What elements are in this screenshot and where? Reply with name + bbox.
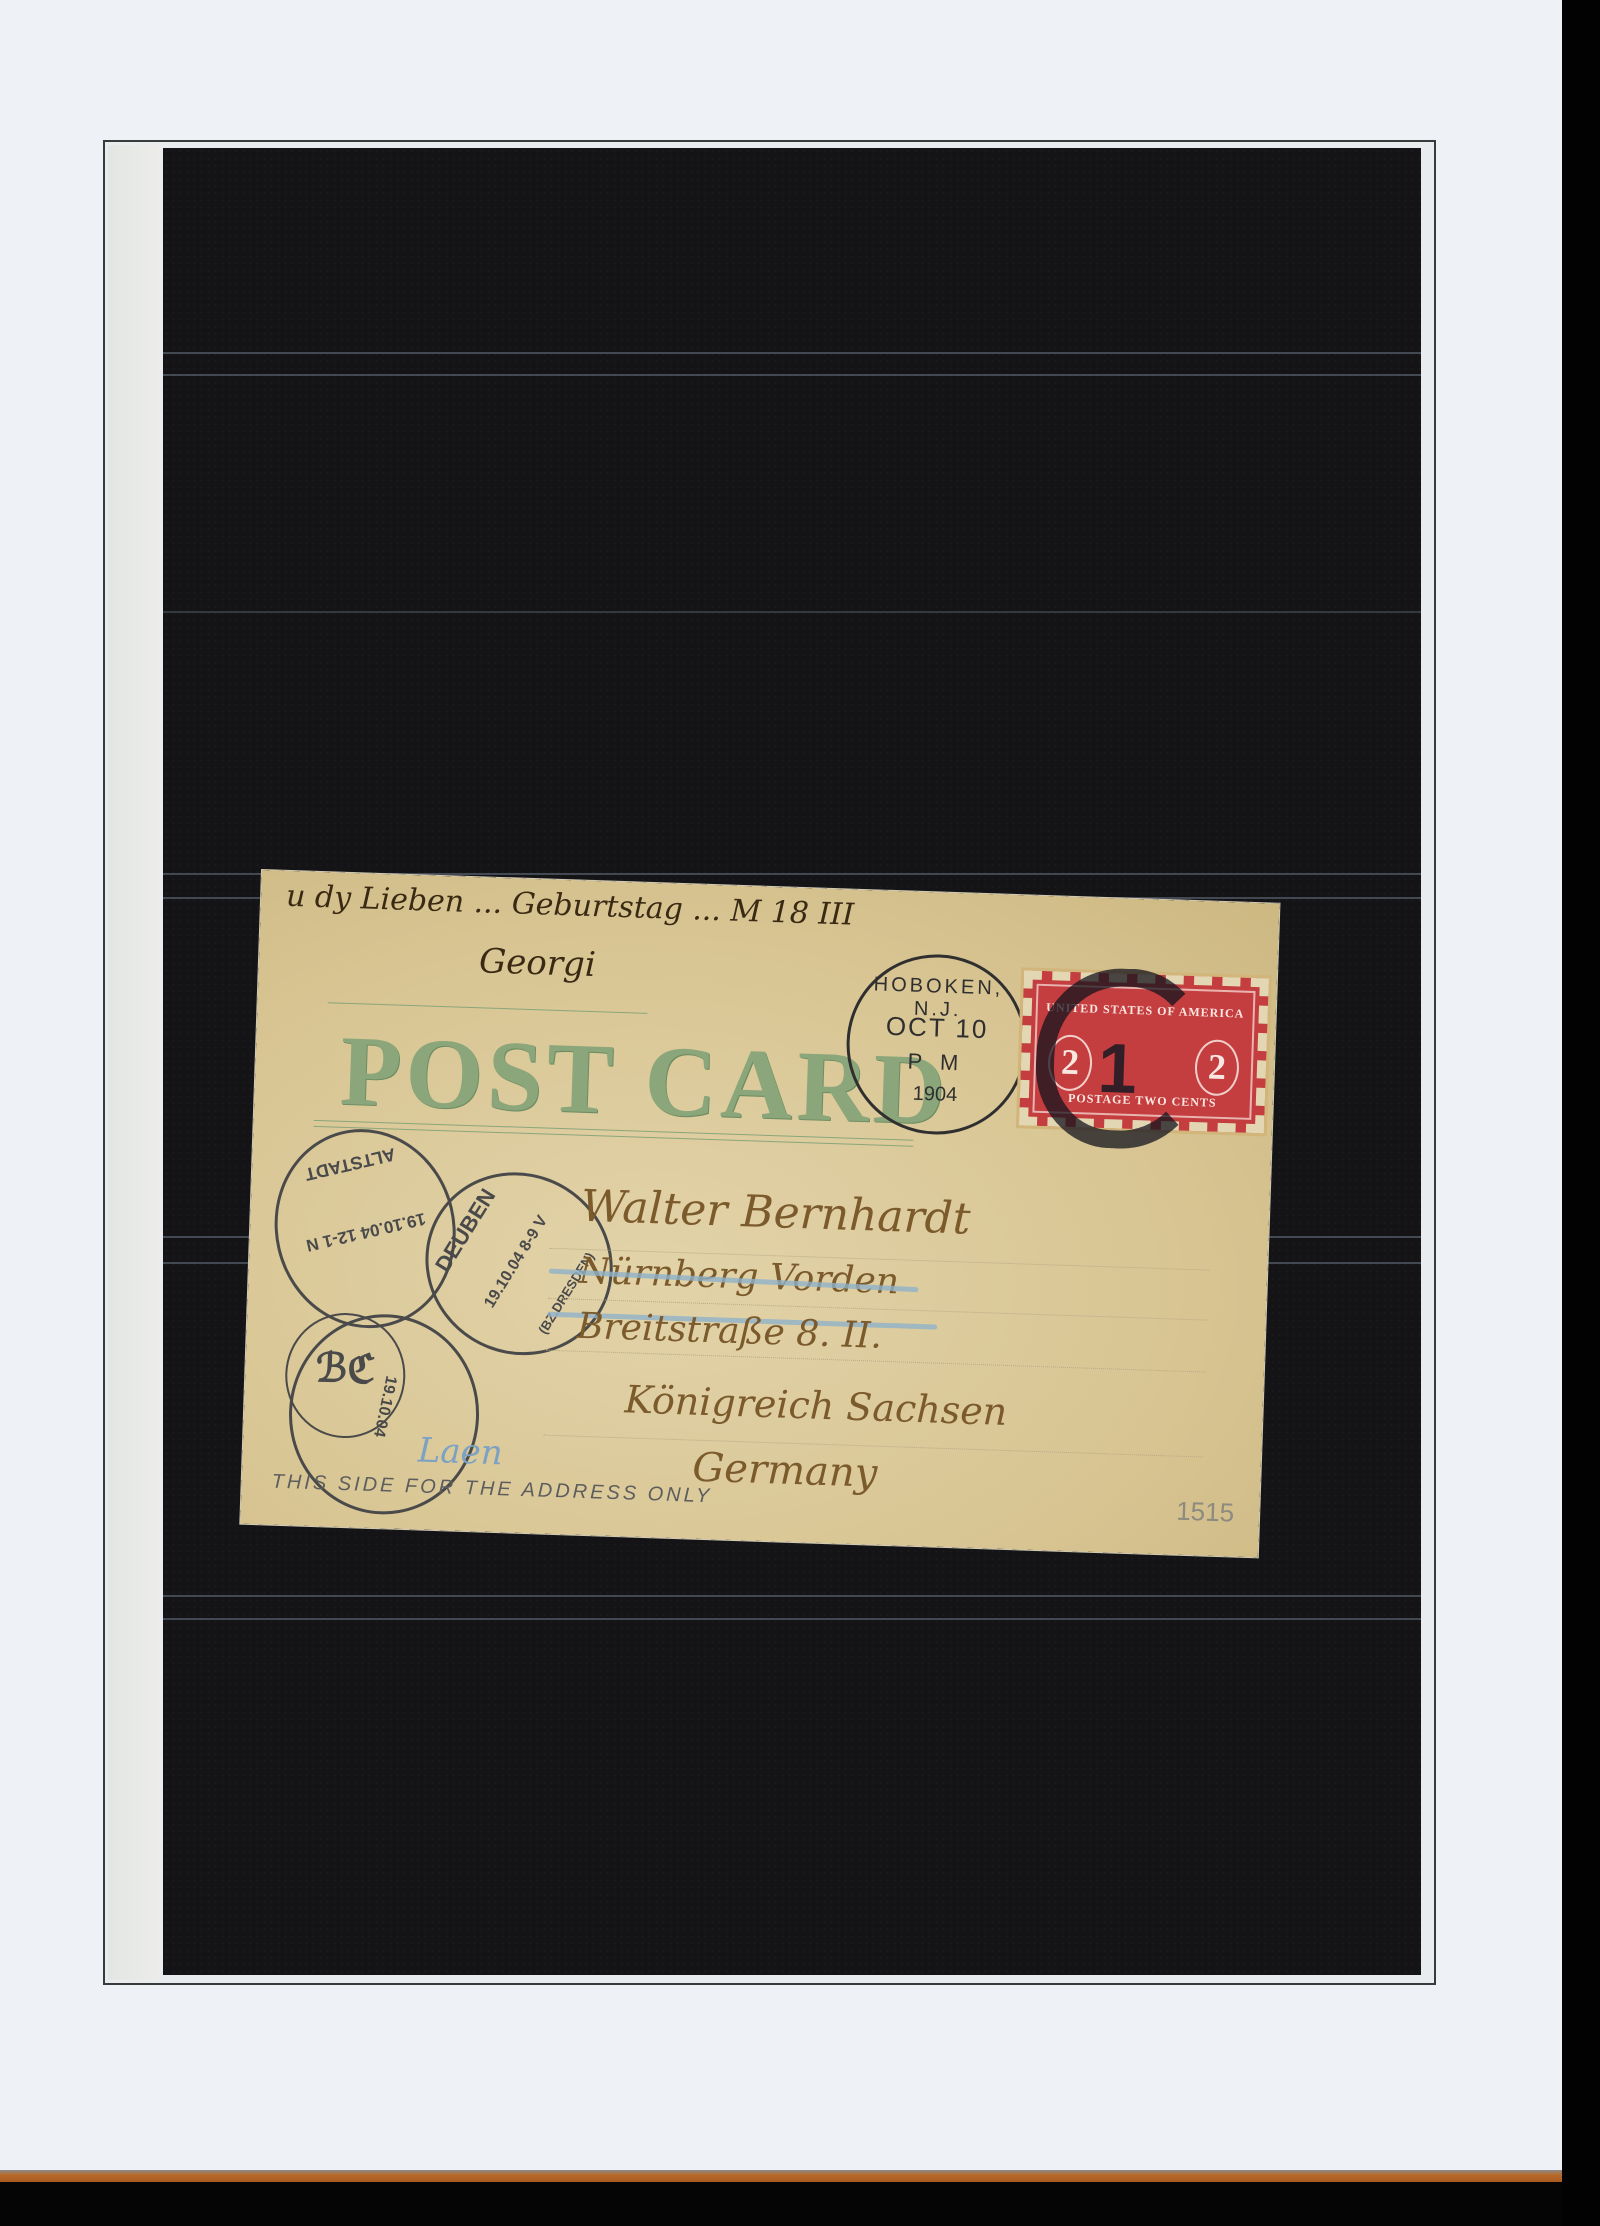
title-rule-top [328,1002,648,1014]
address-only-footer: THIS SIDE FOR THE ADDRESS ONLY [271,1471,712,1509]
handwritten-message-line1: u dy Lieben ... Geburtstag ... M 18 III [286,879,855,933]
strip-divider [163,611,1421,613]
postmark-date: OCT 10 [850,1010,1025,1047]
altstadt-name: ALTSTADT [263,1134,437,1194]
handwritten-message-line2: Georgi [478,941,596,985]
pencil-note: 1515 [1176,1496,1235,1529]
strip-divider [163,374,1421,376]
address-region: Königreich Sachsen [624,1377,1008,1434]
page-edge [0,2170,1562,2182]
strip-divider [163,1618,1421,1620]
binding-stub [108,145,160,1980]
strip-divider [163,1595,1421,1597]
blue-annotation: Laen [417,1430,503,1473]
postmark-time: P M [849,1047,1024,1079]
stamp-cancel-number: 1 [1097,1028,1139,1109]
background-right [1562,0,1600,2226]
address-country: Germany [692,1445,878,1497]
postmark-year: 1904 [848,1081,1023,1110]
postcard: u dy Lieben ... Geburtstag ... M 18 III … [240,870,1279,1557]
address-name: Walter Bernhardt [580,1181,971,1245]
address-street: Breitstraße 8. II. [576,1306,882,1357]
strip-divider [163,352,1421,354]
